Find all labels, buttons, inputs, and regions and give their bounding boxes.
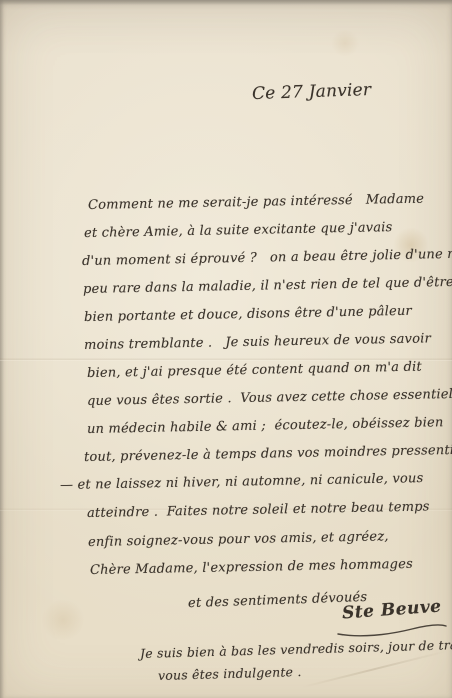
letter-body-line: et chère Amie, à la suite excitante que … bbox=[84, 220, 393, 241]
letter-body-line: tout, prévenez-le à temps dans vos moind… bbox=[84, 442, 452, 465]
letter-body-line: bien portante et douce, disons être d'un… bbox=[84, 304, 412, 325]
letter-page: Ce 27 Janvier Comment ne me serait-je pa… bbox=[0, 0, 452, 698]
letter-body-line: bien, et j'ai presque été content quand … bbox=[87, 360, 422, 381]
postscript-line: Je suis bien à bas les vendredis soirs, … bbox=[140, 635, 452, 661]
letter-body-line: un médecin habile & ami ; écoutez-le, ob… bbox=[87, 415, 444, 437]
letter-body-line: Chère Madame, l'expression de mes hommag… bbox=[90, 557, 413, 578]
letter-closing: et des sentiments dévoués bbox=[188, 590, 368, 611]
paper-left-edge bbox=[0, 0, 4, 698]
letter-body-line: enfin soignez-vous pour vos amis, et agr… bbox=[88, 529, 389, 550]
letter-body-line: — et ne laissez ni hiver, ni automne, ni… bbox=[60, 471, 424, 493]
letter-body-line: Comment ne me serait-je pas intéressé Ma… bbox=[88, 192, 424, 213]
letter-body-line: peu rare dans la maladie, il n'est rien … bbox=[83, 275, 452, 297]
letter-body-line: atteindre . Faites notre soleil et notre… bbox=[87, 499, 430, 521]
postscript-line: vous êtes indulgente . bbox=[158, 664, 302, 683]
paper-stain bbox=[40, 600, 86, 640]
paper-top-edge bbox=[0, 0, 452, 5]
paper-stain bbox=[330, 30, 360, 56]
letter-body-line: d'un moment si éprouvé ? on a beau être … bbox=[82, 246, 452, 269]
letter-body-line: que vous êtes sortie . Vous avez cette c… bbox=[87, 387, 452, 409]
letter-date: Ce 27 Janvier bbox=[252, 80, 372, 104]
signature-flourish bbox=[336, 620, 448, 638]
letter-body-line: moins tremblante . Je suis heureux de vo… bbox=[84, 331, 431, 353]
